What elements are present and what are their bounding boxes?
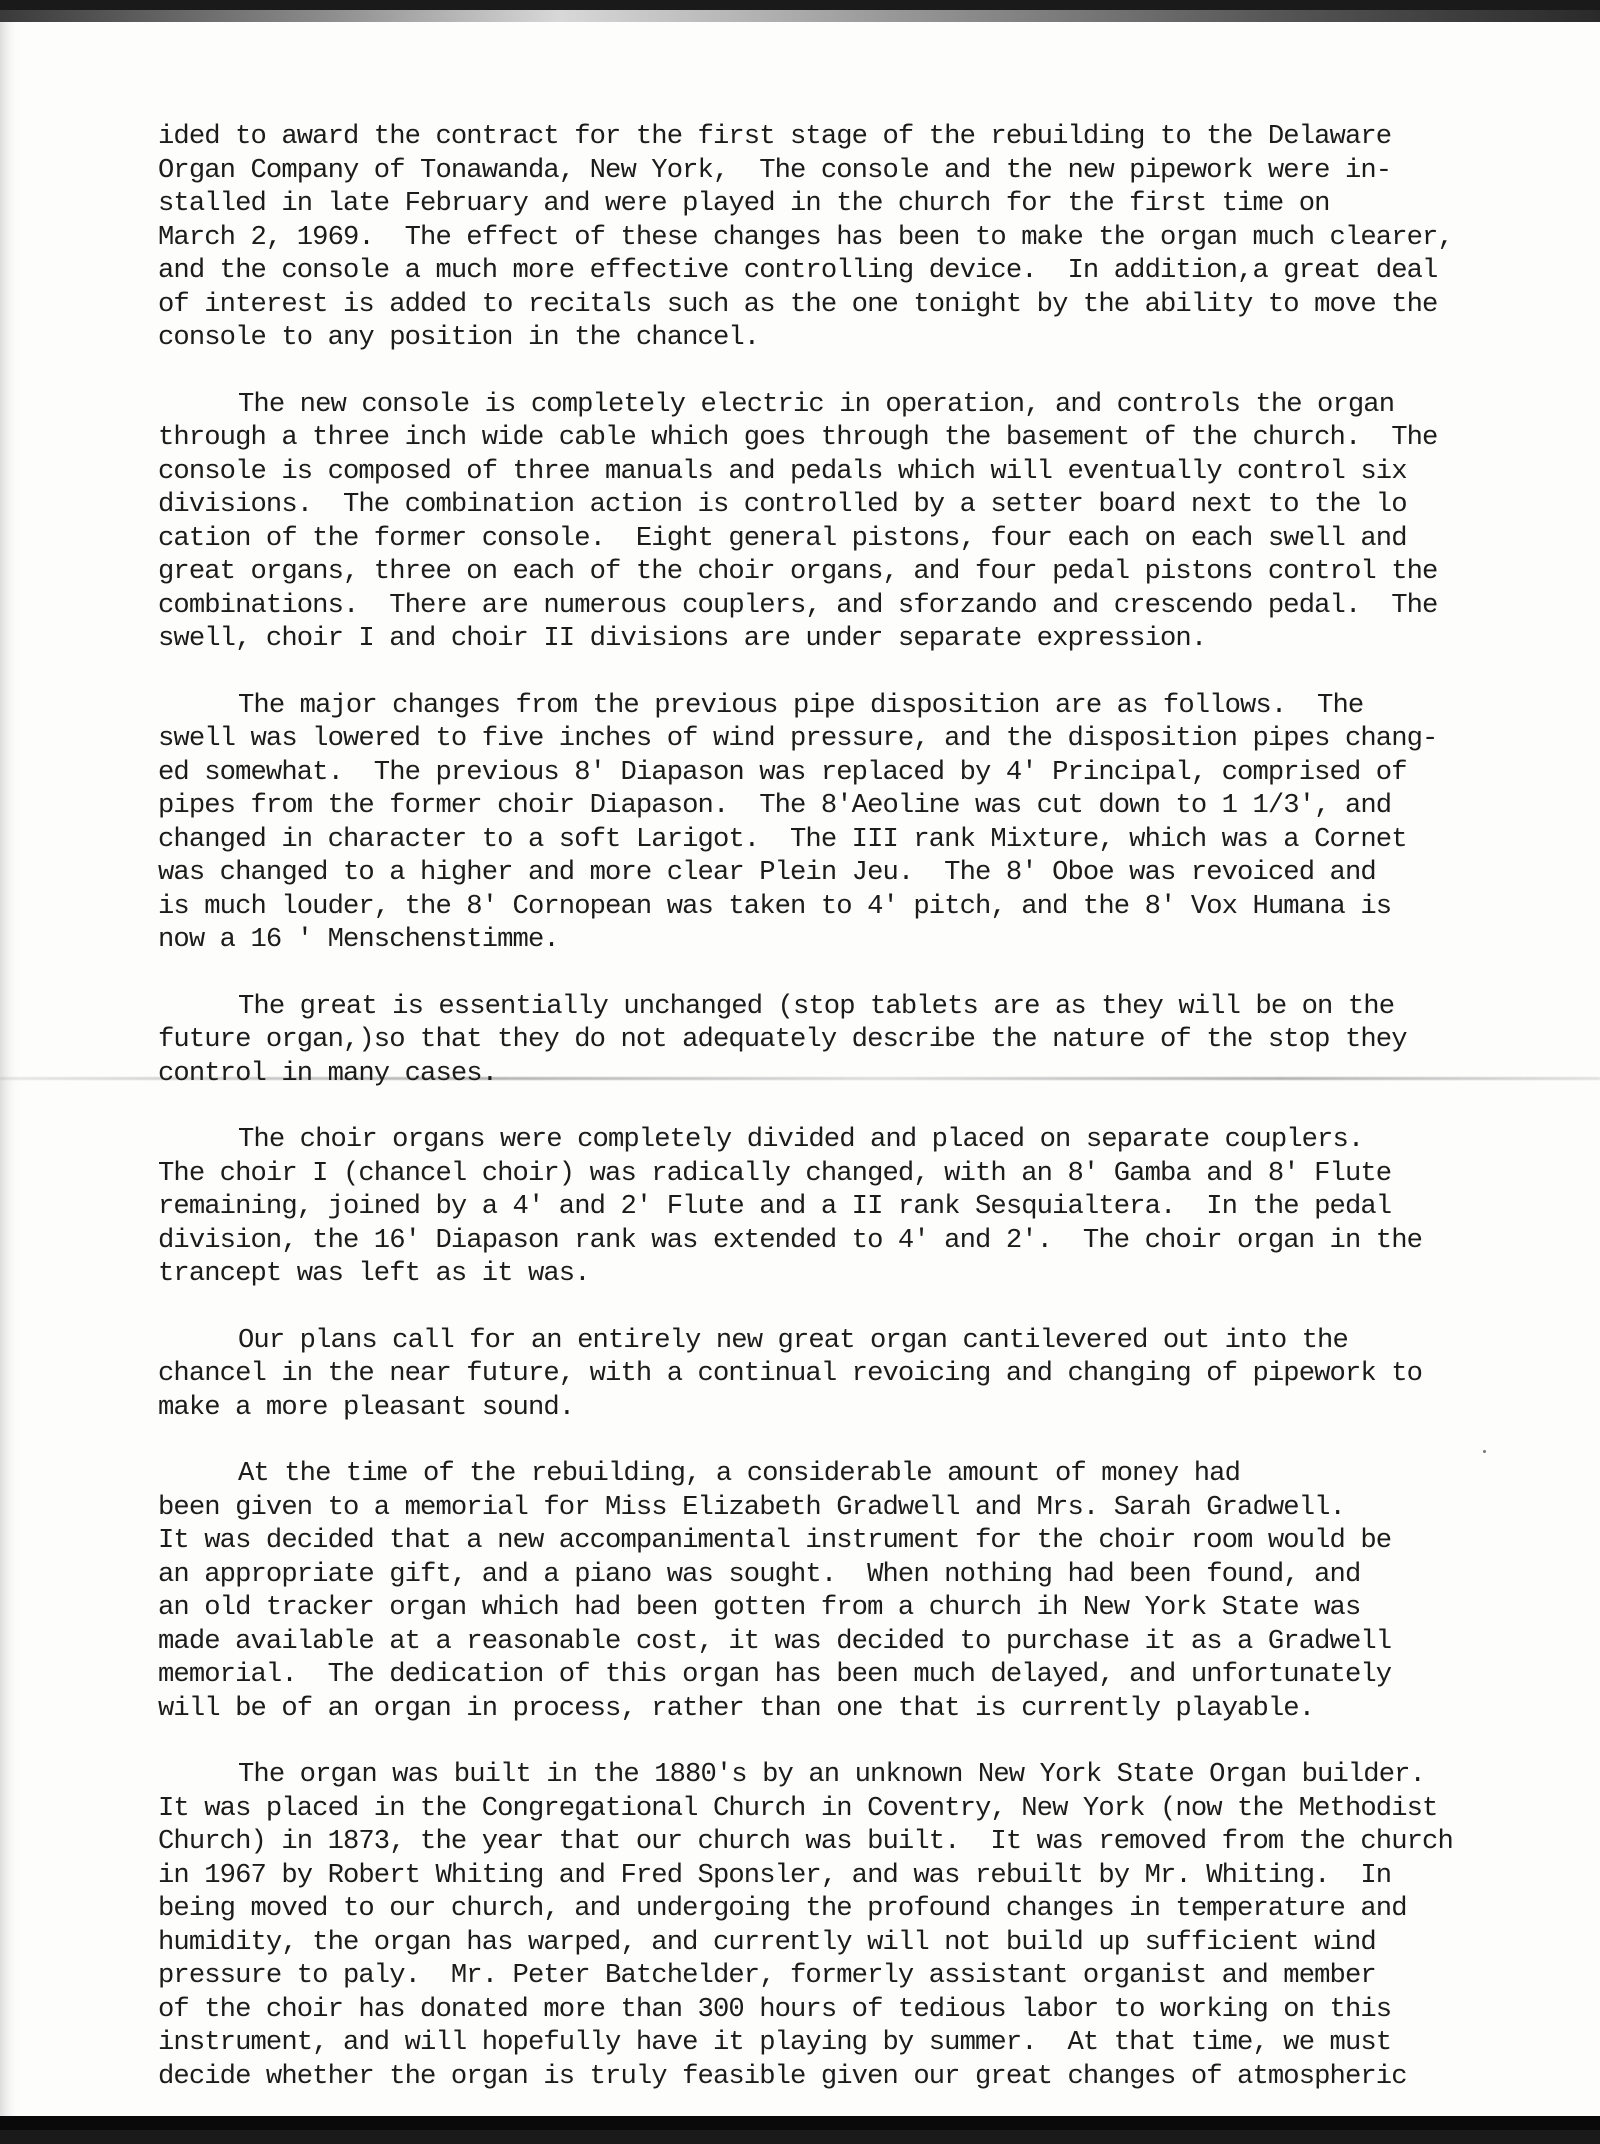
text-line: great organs, three on each of the choir… — [158, 555, 1518, 589]
text-line: Church) in 1873, the year that our churc… — [158, 1825, 1518, 1859]
paragraph-choir-organs: The choir organs were completely divided… — [158, 1123, 1518, 1291]
text-line: cation of the former console. Eight gene… — [158, 522, 1518, 556]
paragraph-contract: ided to award the contract for the first… — [158, 120, 1518, 355]
text-line: It was decided that a new accompanimenta… — [158, 1524, 1518, 1558]
text-line: make a more pleasant sound. — [158, 1391, 1518, 1425]
text-line: The choir I (chancel choir) was radicall… — [158, 1157, 1518, 1191]
text-line: and the console a much more effective co… — [158, 254, 1518, 288]
text-line: March 2, 1969. The effect of these chang… — [158, 221, 1518, 255]
paragraph-gradwell-memorial: At the time of the rebuilding, a conside… — [158, 1457, 1518, 1725]
text-line: console to any position in the chancel. — [158, 321, 1518, 355]
text-line: remaining, joined by a 4' and 2' Flute a… — [158, 1190, 1518, 1224]
text-line: console is composed of three manuals and… — [158, 455, 1518, 489]
text-line: being moved to our church, and undergoin… — [158, 1892, 1518, 1926]
text-line: The organ was built in the 1880's by an … — [158, 1758, 1518, 1792]
text-line: pipes from the former choir Diapason. Th… — [158, 789, 1518, 823]
text-line: through a three inch wide cable which go… — [158, 421, 1518, 455]
text-line: humidity, the organ has warped, and curr… — [158, 1926, 1518, 1960]
text-line: future organ,)so that they do not adequa… — [158, 1023, 1518, 1057]
paragraph-plans: Our plans call for an entirely new great… — [158, 1324, 1518, 1425]
scan-top-edge — [0, 10, 1600, 22]
document-body: ided to award the contract for the first… — [158, 120, 1518, 2126]
text-line: division, the 16' Diapason rank was exte… — [158, 1224, 1518, 1258]
text-line: been given to a memorial for Miss Elizab… — [158, 1491, 1518, 1525]
text-line: control in many cases. — [158, 1057, 1518, 1091]
text-line: The choir organs were completely divided… — [158, 1123, 1518, 1157]
text-line: swell, choir I and choir II divisions ar… — [158, 622, 1518, 656]
text-line: combinations. There are numerous coupler… — [158, 589, 1518, 623]
scan-bottom-edge — [0, 2116, 1600, 2130]
paragraph-new-console: The new console is completely electric i… — [158, 388, 1518, 656]
text-line: stalled in late February and were played… — [158, 187, 1518, 221]
text-line: The new console is completely electric i… — [158, 388, 1518, 422]
text-line: chancel in the near future, with a conti… — [158, 1357, 1518, 1391]
text-line: swell was lowered to five inches of wind… — [158, 722, 1518, 756]
text-line: The great is essentially unchanged (stop… — [158, 990, 1518, 1024]
paragraph-great: The great is essentially unchanged (stop… — [158, 990, 1518, 1091]
text-line: was changed to a higher and more clear P… — [158, 856, 1518, 890]
text-line: ided to award the contract for the first… — [158, 120, 1518, 154]
text-line: in 1967 by Robert Whiting and Fred Spons… — [158, 1859, 1518, 1893]
text-line: made available at a reasonable cost, it … — [158, 1625, 1518, 1659]
text-line: changed in character to a soft Larigot. … — [158, 823, 1518, 857]
text-line: pressure to paly. Mr. Peter Batchelder, … — [158, 1959, 1518, 1993]
text-line: of the choir has donated more than 300 h… — [158, 1993, 1518, 2027]
text-line: Our plans call for an entirely new great… — [158, 1324, 1518, 1358]
text-line: memorial. The dedication of this organ h… — [158, 1658, 1518, 1692]
text-line: divisions. The combination action is con… — [158, 488, 1518, 522]
text-line: now a 16 ' Menschenstimme. — [158, 923, 1518, 957]
text-line: The major changes from the previous pipe… — [158, 689, 1518, 723]
text-line: an old tracker organ which had been gott… — [158, 1591, 1518, 1625]
text-line: decide whether the organ is truly feasib… — [158, 2060, 1518, 2094]
text-line: will be of an organ in process, rather t… — [158, 1692, 1518, 1726]
text-line: trancept was left as it was. — [158, 1257, 1518, 1291]
text-line: It was placed in the Congregational Chur… — [158, 1792, 1518, 1826]
text-line: of interest is added to recitals such as… — [158, 288, 1518, 322]
paragraph-organ-history: The organ was built in the 1880's by an … — [158, 1758, 1518, 2093]
text-line: is much louder, the 8' Cornopean was tak… — [158, 890, 1518, 924]
text-line: instrument, and will hopefully have it p… — [158, 2026, 1518, 2060]
text-line: ed somewhat. The previous 8' Diapason wa… — [158, 756, 1518, 790]
paragraph-major-changes: The major changes from the previous pipe… — [158, 689, 1518, 957]
document-page: ided to award the contract for the first… — [0, 10, 1600, 2130]
text-line: an appropriate gift, and a piano was sou… — [158, 1558, 1518, 1592]
text-line: At the time of the rebuilding, a conside… — [158, 1457, 1518, 1491]
text-line: Organ Company of Tonawanda, New York, Th… — [158, 154, 1518, 188]
